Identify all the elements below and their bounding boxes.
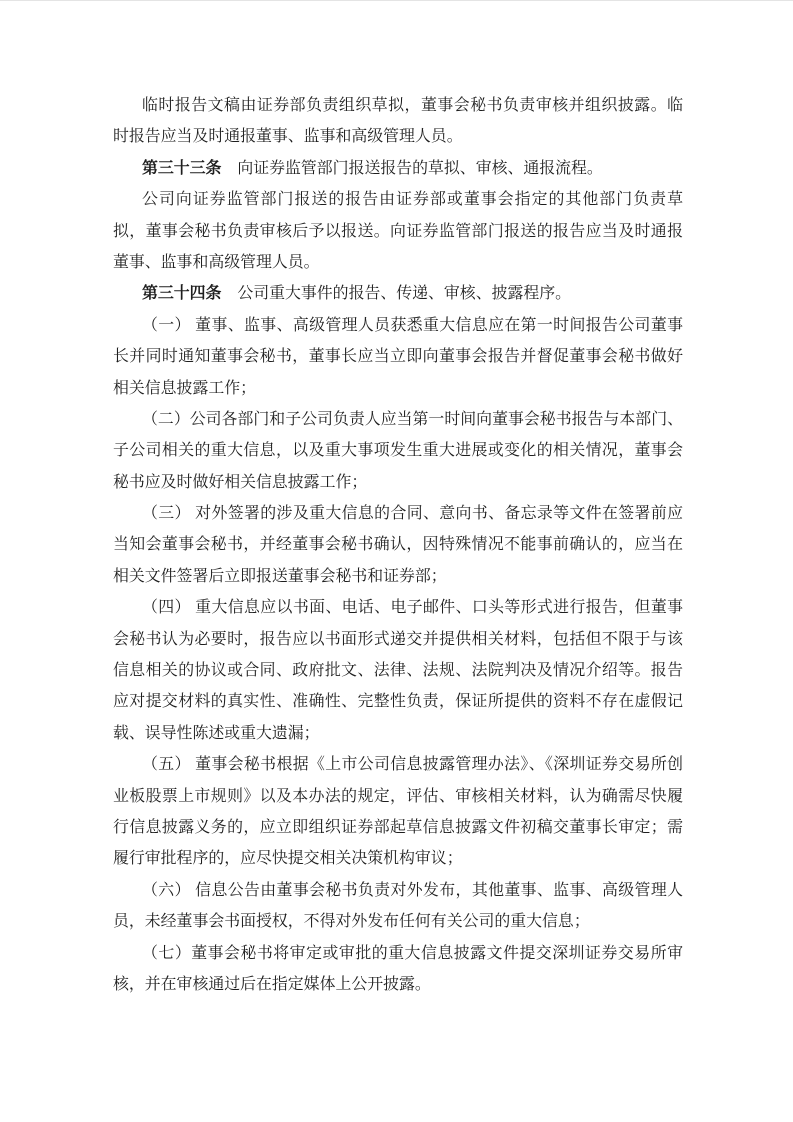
document-line: 长并同时通知董事会秘书，董事长应当立即向董事会报告并督促董事会秘书做好 (113, 341, 683, 372)
document-line: 相关信息披露工作； (113, 373, 683, 404)
document-line: （六） 信息公告由董事会秘书负责对外发布，其他董事、监事、高级管理人 (113, 875, 683, 906)
document-line: 子公司相关的重大信息，以及重大事项发生重大进展或变化的相关情况，董事会 (113, 435, 683, 466)
document-line: （二）公司各部门和子公司负责人应当第一时间向董事会秘书报告与本部门、 (113, 404, 683, 435)
document-line: 公司向证券监管部门报送的报告由证券部或董事会指定的其他部门负责草 (113, 184, 683, 215)
page-top-edge-line (0, 0, 793, 1)
document-line: 信息相关的协议或合同、政府批文、法律、法规、法院判决及情况介绍等。报告 (113, 655, 683, 686)
article-number: 第三十三条 (142, 160, 221, 177)
document-line: （三） 对外签署的涉及重大信息的合同、意向书、备忘录等文件在签署前应 (113, 498, 683, 529)
document-page: { "page": { "background": "#ffffff", "te… (0, 0, 793, 1122)
document-line: 临时报告文稿由证券部负责组织草拟，董事会秘书负责审核并组织披露。临 (113, 90, 683, 121)
document-line: 董事、监事和高级管理人员。 (113, 247, 683, 278)
document-line: 核，并在审核通过后在指定媒体上公开披露。 (113, 969, 683, 1000)
document-line: 业板股票上市规则》以及本办法的规定，评估、审核相关材料，认为确需尽快履 (113, 781, 683, 812)
document-line: 第三十四条 公司重大事件的报告、传递、审核、披露程序。 (113, 278, 683, 309)
document-line: 员，未经董事会书面授权，不得对外发布任何有关公司的重大信息； (113, 906, 683, 937)
document-line: 履行审批程序的，应尽快提交相关决策机构审议； (113, 843, 683, 874)
document-line: 时报告应当及时通报董事、监事和高级管理人员。 (113, 121, 683, 152)
document-line: 应对提交材料的真实性、准确性、完整性负责，保证所提供的资料不存在虚假记 (113, 686, 683, 717)
document-line: （七）董事会秘书将审定或审批的重大信息披露文件提交深圳证券交易所审 (113, 938, 683, 969)
document-line: 拟，董事会秘书负责审核后予以报送。向证券监管部门报送的报告应当及时通报 (113, 216, 683, 247)
document-line: 行信息披露义务的，应立即组织证券部起草信息披露文件初稿交董事长审定；需 (113, 812, 683, 843)
document-line: 第三十三条 向证券监管部门报送报告的草拟、审核、通报流程。 (113, 153, 683, 184)
document-line: 载、误导性陈述或重大遗漏； (113, 718, 683, 749)
document-body: 临时报告文稿由证券部负责组织草拟，董事会秘书负责审核并组织披露。临时报告应当及时… (113, 90, 683, 1000)
document-line: 会秘书认为必要时，报告应以书面形式递交并提供相关材料，包括但不限于与该 (113, 624, 683, 655)
document-line: （五） 董事会秘书根据《上市公司信息披露管理办法》、《深圳证券交易所创 (113, 749, 683, 780)
document-line: 当知会董事会秘书，并经董事会秘书确认，因特殊情况不能事前确认的，应当在 (113, 529, 683, 560)
document-line: （四） 重大信息应以书面、电话、电子邮件、口头等形式进行报告，但董事 (113, 592, 683, 623)
document-line: 相关文件签署后立即报送董事会秘书和证券部； (113, 561, 683, 592)
document-line: （一） 董事、监事、高级管理人员获悉重大信息应在第一时间报告公司董事 (113, 310, 683, 341)
article-number: 第三十四条 (142, 285, 221, 302)
document-line: 秘书应及时做好相关信息披露工作； (113, 467, 683, 498)
